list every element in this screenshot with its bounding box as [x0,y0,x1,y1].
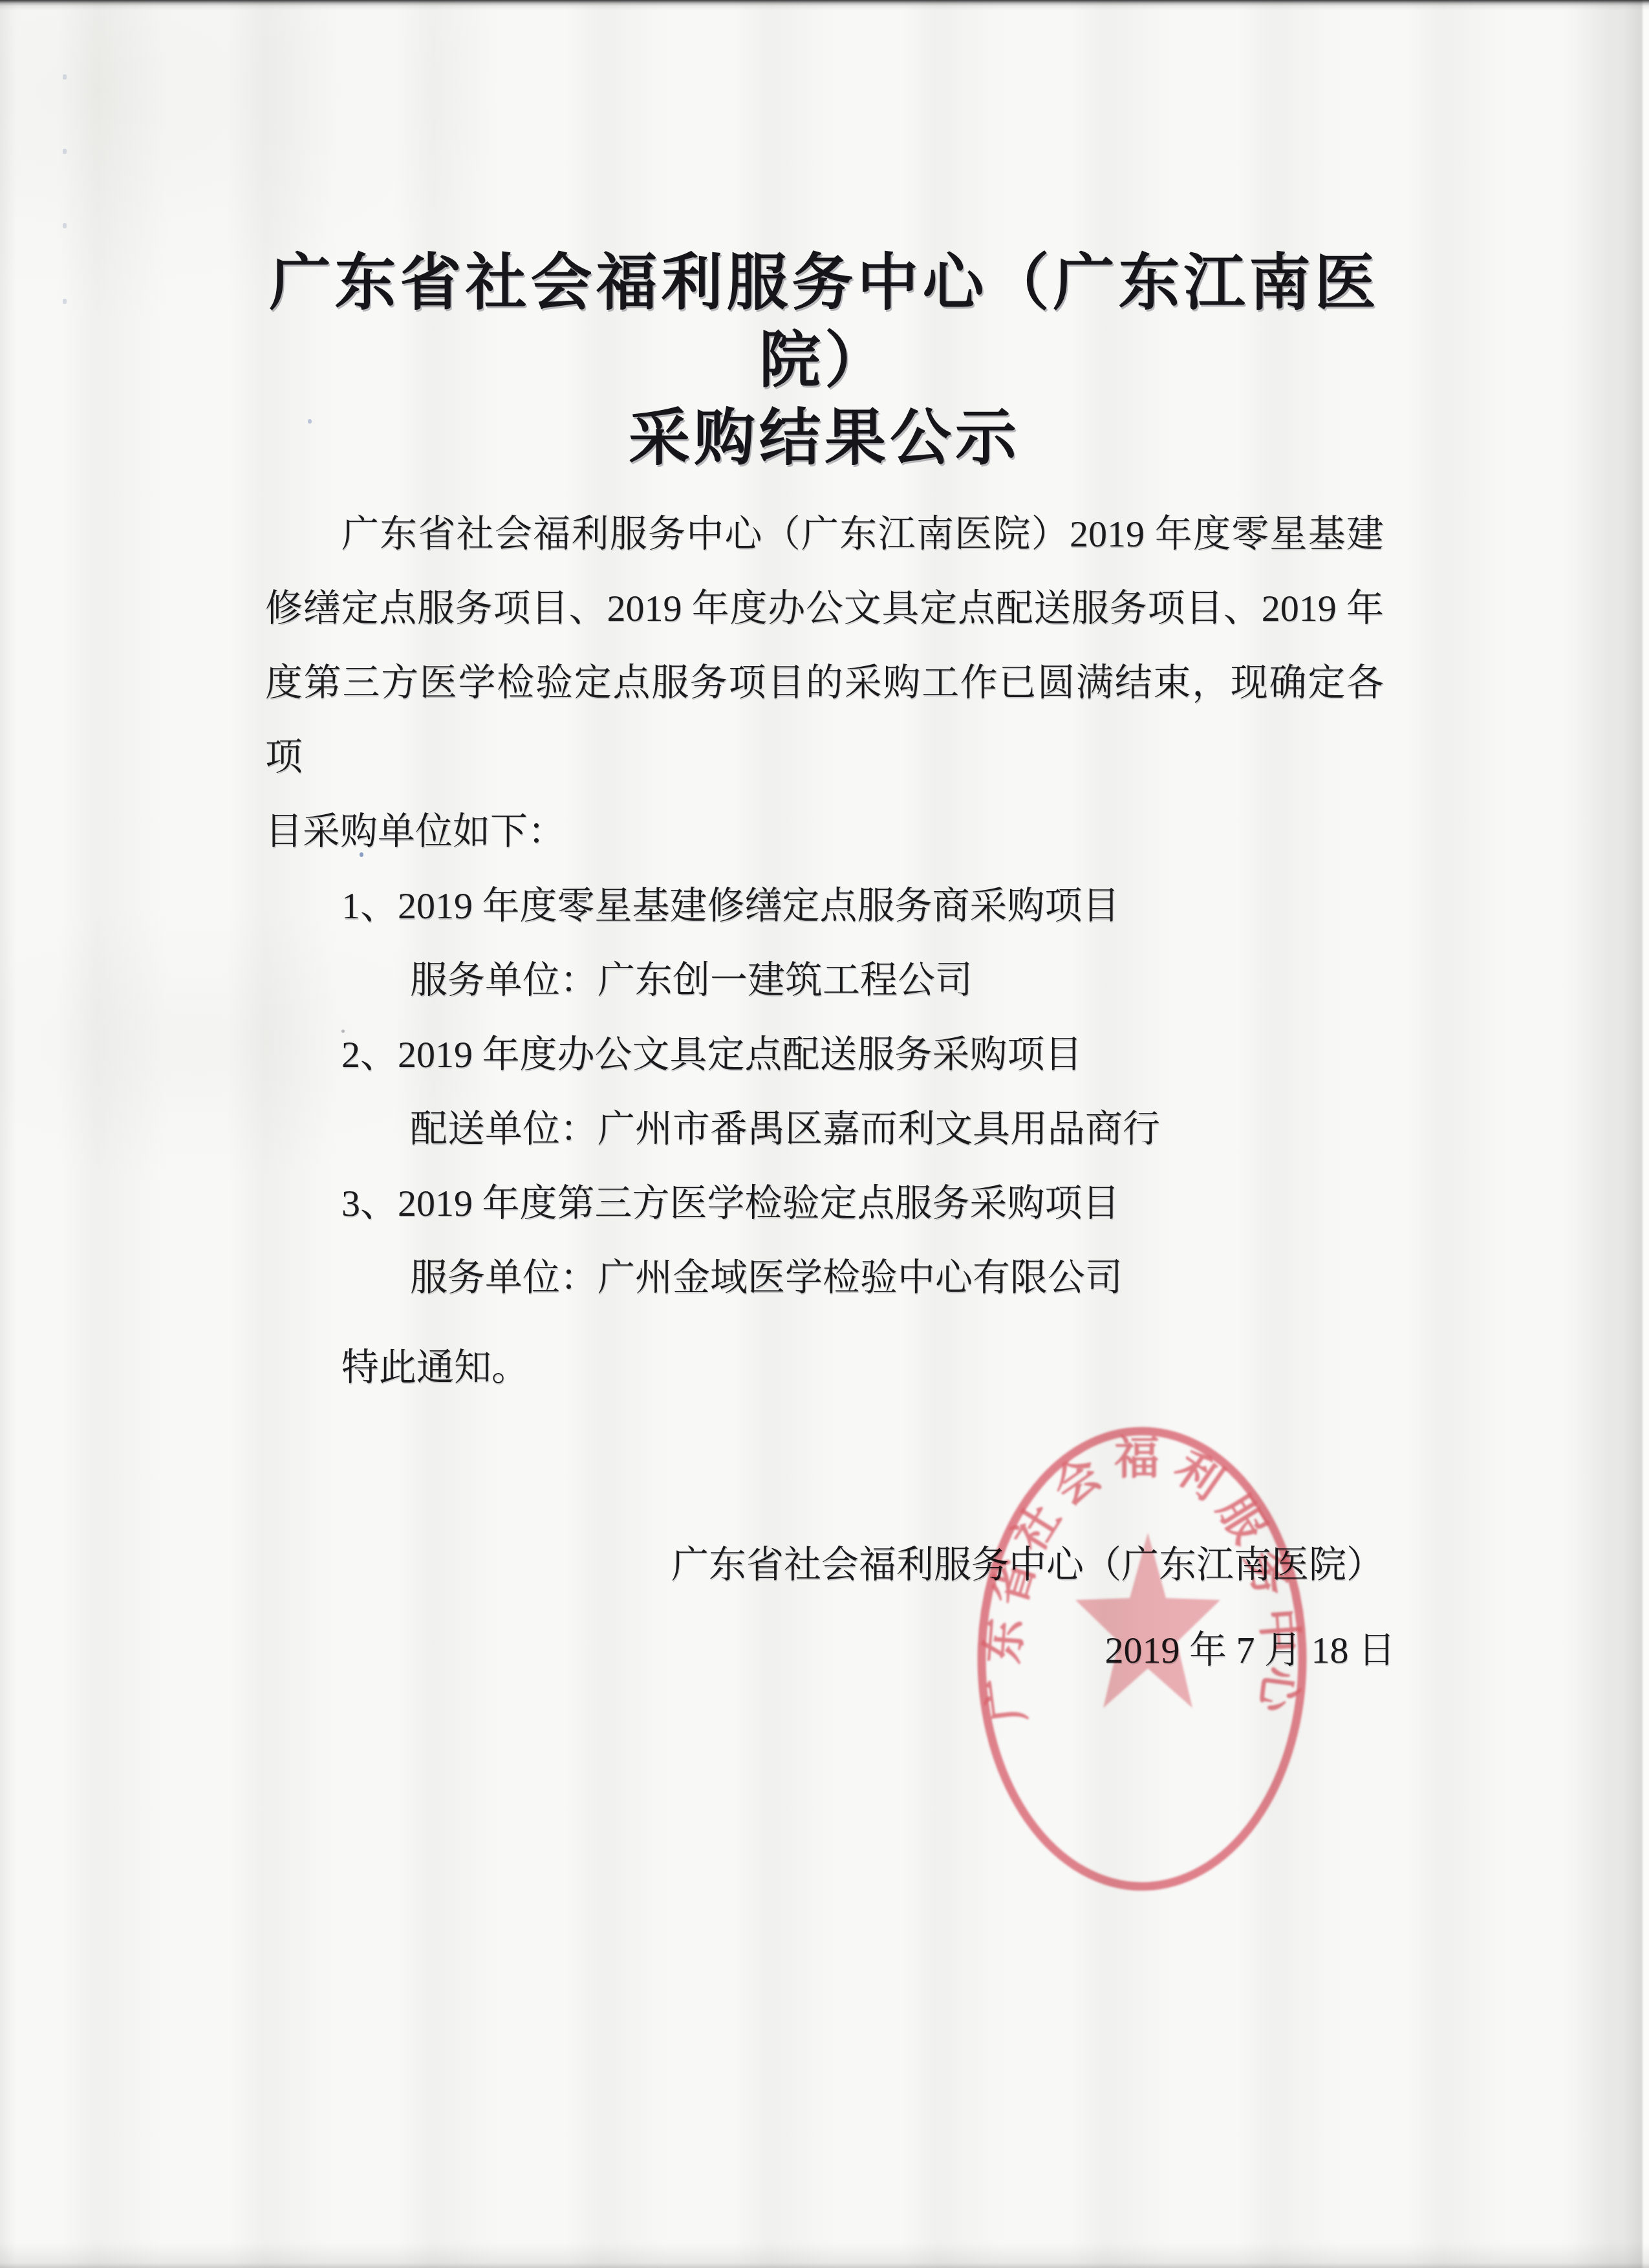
list-item-3-detail: 服务单位：广州金域医学检验中心有限公司 [265,1240,1384,1315]
paragraph-line: 目采购单位如下： [265,794,1384,869]
scan-edge-mark [63,74,67,80]
closing-remark: 特此通知。 [265,1330,1460,1405]
list-item-2-heading: 2、2019 年度办公文具定点配送服务采购项目 [265,1017,1384,1092]
scanned-document-page: 广东省社会福利服务中心（广东江南医院） 采购结果公示 广东省社会福利服务中心（广… [0,0,1649,2268]
scan-edge-mark [63,149,67,154]
seal-star-icon [1075,1533,1220,1708]
list-item-2-detail: 配送单位：广州市番禺区嘉而利文具用品商行 [265,1092,1384,1166]
paragraph-line: 广东省社会福利服务中心（广东江南医院）2019 年度零星基建 [265,497,1384,571]
paragraph-line: 修缮定点服务项目、2019 年度办公文具定点配送服务项目、2019 年 [265,571,1384,645]
document-body: 广东省社会福利服务中心（广东江南医院）2019 年度零星基建 修缮定点服务项目、… [265,497,1384,1315]
scan-speck [341,1030,345,1033]
official-red-seal: 广东省社会福利服务中心 [974,1423,1310,1894]
scan-edge-mark [63,299,67,304]
list-item-3-heading: 3、2019 年度第三方医学检验定点服务采购项目 [265,1166,1384,1240]
document-title: 广东省社会福利服务中心（广东江南医院） 采购结果公示 [265,244,1384,477]
paragraph-line: 度第三方医学检验定点服务项目的采购工作已圆满结束，现确定各项 [265,645,1384,794]
scan-speck [308,419,312,424]
list-item-1-heading: 1、2019 年度零星基建修缮定点服务商采购项目 [265,869,1384,943]
list-item-1-detail: 服务单位：广东创一建筑工程公司 [265,943,1384,1017]
title-line-1: 广东省社会福利服务中心（广东江南医院） [265,244,1384,400]
scan-speck [360,852,363,857]
scan-edge-mark [63,223,67,228]
title-line-2: 采购结果公示 [265,400,1384,477]
